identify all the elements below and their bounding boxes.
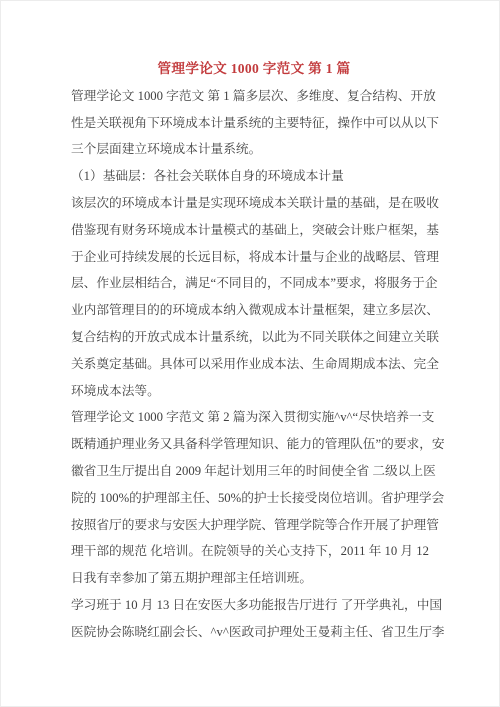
paragraph: 管理学论文 1000 字范文 第 1 篇多层次、多维度、复合结构、开放性是关联视…: [71, 83, 437, 163]
paragraph: 该层次的环境成本计量是实现环境成本关联计量的基础，是在吸收借鉴现有财务环境成本计…: [71, 190, 437, 404]
text-line: 环境成本法等。: [71, 378, 437, 405]
text-line: 于企业可持续发展的长远目标，将成本计量与企业的战略层、管理: [71, 244, 437, 271]
text-line: 理干部的规范 化培训。在院领导的关心支持下，2011 年 10 月 12: [71, 538, 437, 565]
document-title: 管理学论文 1000 字范文 第 1 篇: [71, 56, 437, 83]
text-line: 层、作业层相结合，满足“不同目的，不同成本”要求，将服务于企: [71, 270, 437, 297]
text-line: 该层次的环境成本计量是实现环境成本关联计量的基础，是在吸收: [71, 190, 437, 217]
document-body: 管理学论文 1000 字范文 第 1 篇多层次、多维度、复合结构、开放性是关联视…: [71, 83, 437, 646]
text-line: 管理学论文 1000 字范文 第 1 篇多层次、多维度、复合结构、开放: [71, 83, 437, 110]
text-line: 日我有幸参加了第五期护理部主任培训班。: [71, 565, 437, 592]
text-line: 既精通护理业务又具备科学管理知识、能力的管理队伍”的要求，安: [71, 431, 437, 458]
text-line: 按照省厅的要求与安医大护理学院、管理学院等合作开展了护理管: [71, 512, 437, 539]
paragraph: （1）基础层：各社会关联体自身的环境成本计量: [71, 163, 437, 190]
text-line: 复合结构的开放式成本计量系统，以此为不同关联体之间建立关联: [71, 324, 437, 351]
text-line: 徽省卫生厅提出自 2009 年起计划用三年的时间使全省 二级以上医: [71, 458, 437, 485]
document-page: 管理学论文 1000 字范文 第 1 篇 管理学论文 1000 字范文 第 1 …: [0, 0, 500, 707]
text-line: （1）基础层：各社会关联体自身的环境成本计量: [71, 163, 437, 190]
text-line: 借鉴现有财务环境成本计量模式的基础上，突破会计账户框架，基: [71, 217, 437, 244]
text-line: 管理学论文 1000 字范文 第 2 篇为深入贯彻实施^v^“尽快培养一支: [71, 404, 437, 431]
text-line: 三个层面建立环境成本计量系统。: [71, 136, 437, 163]
text-line: 性是关联视角下环境成本计量系统的主要特征，操作中可以从以下: [71, 110, 437, 137]
text-line: 学习班于 10 月 13 日在安医大多功能报告厅进行 了开学典礼，中国: [71, 592, 437, 619]
text-line: 关系奠定基础。具体可以采用作业成本法、生命周期成本法、完全: [71, 351, 437, 378]
text-line: 业内部管理目的的环境成本纳入微观成本计量框架，建立多层次、: [71, 297, 437, 324]
text-line: 院的 100%的护理部主任、50%的护士长接受岗位培训。省护理学会: [71, 485, 437, 512]
paragraph: 学习班于 10 月 13 日在安医大多功能报告厅进行 了开学典礼，中国医院协会陈…: [71, 592, 437, 646]
text-line: 医院协会陈晓红副会长、^v^医政司护理处王曼莉主任、省卫生厅李: [71, 619, 437, 646]
paragraph: 管理学论文 1000 字范文 第 2 篇为深入贯彻实施^v^“尽快培养一支既精通…: [71, 404, 437, 592]
